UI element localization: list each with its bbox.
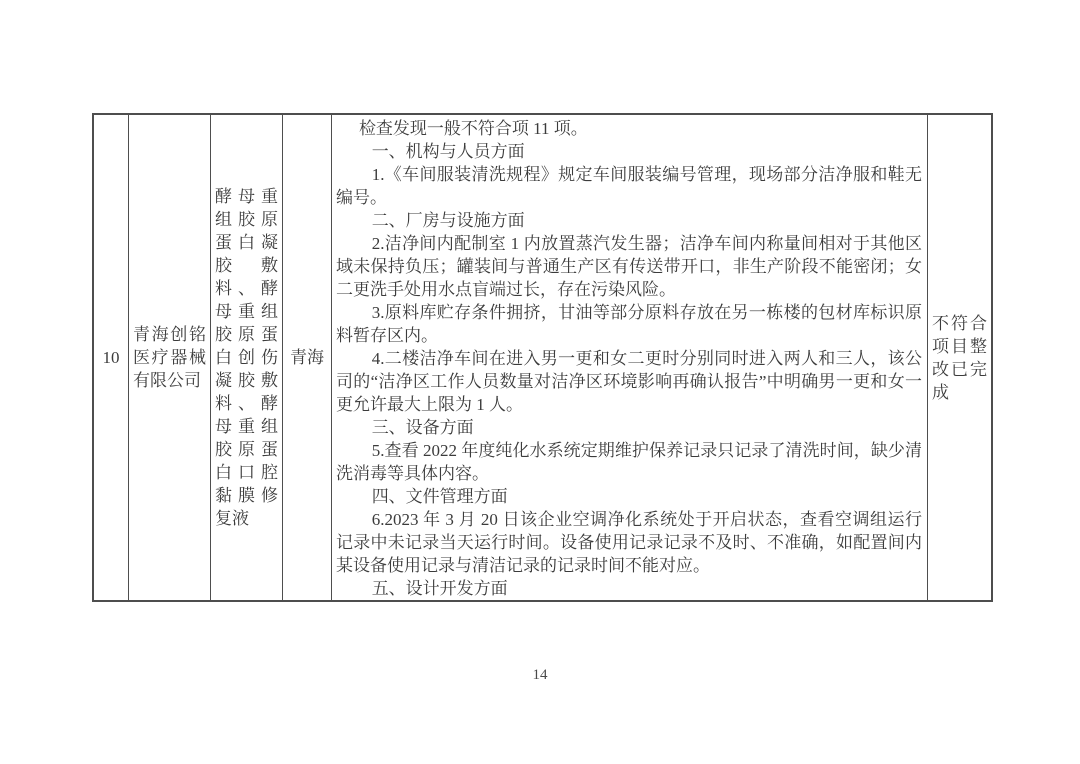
findings-paragraph: 2.洁净间内配制室 1 内放置蒸汽发生器；洁净车间内称量间相对于其他区域未保持负… [336,232,922,301]
row-number-cell: 10 [94,115,129,600]
products-cell: 酵母重组胶原蛋白凝胶敷料、酵母重组胶原蛋白创伤凝胶敷料、酵母重组胶原蛋白口腔黏膜… [211,115,283,600]
findings-paragraph: 检查发现一般不符合项 11 项。 [336,117,922,140]
document-page: 10 青海创铭医疗器械有限公司 酵母重组胶原蛋白凝胶敷料、酵母重组胶原蛋白创伤凝… [0,0,1080,764]
findings-paragraph: 4.二楼洁净车间在进入男一更和女二更时分别同时进入两人和三人，该公司的“洁净区工… [336,347,922,416]
findings-paragraph: 6.2023 年 3 月 20 日该企业空调净化系统处于开启状态，查看空调组运行… [336,508,922,577]
province-cell: 青海 [283,115,332,600]
findings-paragraph: 三、设备方面 [336,416,922,439]
product-names: 酵母重组胶原蛋白凝胶敷料、酵母重组胶原蛋白创伤凝胶敷料、酵母重组胶原蛋白口腔黏膜… [211,185,282,530]
company-cell: 青海创铭医疗器械有限公司 [129,115,211,600]
findings-paragraph: 1.《车间服装清洗规程》规定车间服装编号管理，现场部分洁净服和鞋无编号。 [336,163,922,209]
page-number: 14 [0,667,1080,684]
status-cell: 不符合项目整改已完成 [928,115,991,600]
inspection-table: 10 青海创铭医疗器械有限公司 酵母重组胶原蛋白凝胶敷料、酵母重组胶原蛋白创伤凝… [92,113,993,602]
status-text: 不符合项目整改已完成 [928,312,991,404]
company-name: 青海创铭医疗器械有限公司 [129,323,210,392]
findings-paragraph: 3.原料库贮存条件拥挤，甘油等部分原料存放在另一栋楼的包材库标识原料暂存区内。 [336,301,922,347]
findings-cell: 检查发现一般不符合项 11 项。一、机构与人员方面1.《车间服装清洗规程》规定车… [332,115,928,600]
findings-paragraph: 四、文件管理方面 [336,485,922,508]
findings-paragraph: 五、设计开发方面 [336,577,922,600]
province-name: 青海 [290,346,324,369]
findings-paragraph: 二、厂房与设施方面 [336,209,922,232]
findings-paragraph: 5.查看 2022 年度纯化水系统定期维护保养记录只记录了清洗时间，缺少清洗消毒… [336,439,922,485]
row-number: 10 [103,346,120,369]
findings-paragraph: 一、机构与人员方面 [336,140,922,163]
